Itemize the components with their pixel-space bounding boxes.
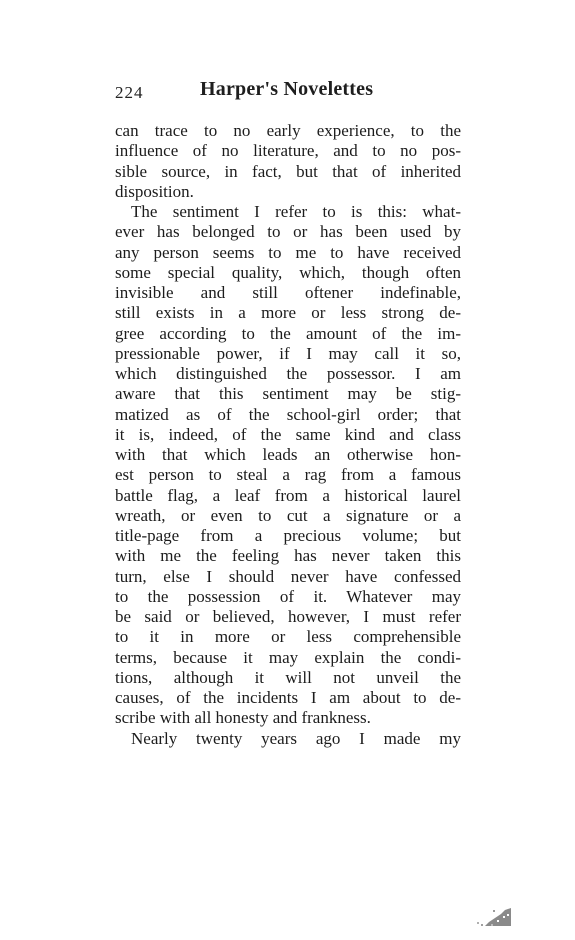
scanner-artifact-icon [475, 906, 515, 930]
text-line: scribe with all honesty and frankness. [115, 708, 461, 728]
text-line: causes, of the incidents I am about to d… [115, 688, 461, 708]
text-line: est person to steal a rag from a famous [115, 465, 461, 485]
text-line: influence of no literature, and to no po… [115, 141, 461, 161]
text-line: terms, because it may explain the condi- [115, 648, 461, 668]
text-line: title-page from a precious volume; but [115, 526, 461, 546]
text-line: be said or believed, however, I must ref… [115, 607, 461, 627]
page-number: 224 [115, 83, 144, 103]
text-line: disposition. [115, 182, 461, 202]
text-line: wreath, or even to cut a signature or a [115, 506, 461, 526]
book-page: 224 Harper's Novelettes can trace to no … [0, 0, 575, 940]
running-title: Harper's Novelettes [200, 78, 373, 101]
text-line: can trace to no early experience, to the [115, 121, 461, 141]
text-line: which distinguished the possessor. I am [115, 364, 461, 384]
text-line: pressionable power, if I may call it so, [115, 344, 461, 364]
running-head: 224 Harper's Novelettes [115, 78, 461, 106]
text-line: gree according to the amount of the im- [115, 324, 461, 344]
text-line: still exists in a more or less strong de… [115, 303, 461, 323]
text-line: invisible and still oftener indefinable, [115, 283, 461, 303]
text-line: any person seems to me to have received [115, 243, 461, 263]
text-line: ever has belonged to or has been used by [115, 222, 461, 242]
text-line: matized as of the school-girl order; tha… [115, 405, 461, 425]
text-line: with that which leads an otherwise hon- [115, 445, 461, 465]
text-line: turn, else I should never have confessed [115, 567, 461, 587]
text-line: to it in more or less comprehensible [115, 627, 461, 647]
text-line: with me the feeling has never taken this [115, 546, 461, 566]
text-line: to the possession of it. Whatever may [115, 587, 461, 607]
text-line: tions, although it will not unveil the [115, 668, 461, 688]
paragraph-start-line: Nearly twenty years ago I made my [115, 729, 461, 749]
text-line: aware that this sentiment may be stig- [115, 384, 461, 404]
text-line: some special quality, which, though ofte… [115, 263, 461, 283]
text-line: sible source, in fact, but that of inher… [115, 162, 461, 182]
body-text: can trace to no early experience, to the… [115, 121, 461, 749]
text-line: it is, indeed, of the same kind and clas… [115, 425, 461, 445]
paragraph-start-line: The sentiment I refer to is this: what- [115, 202, 461, 222]
text-line: battle flag, a leaf from a historical la… [115, 486, 461, 506]
